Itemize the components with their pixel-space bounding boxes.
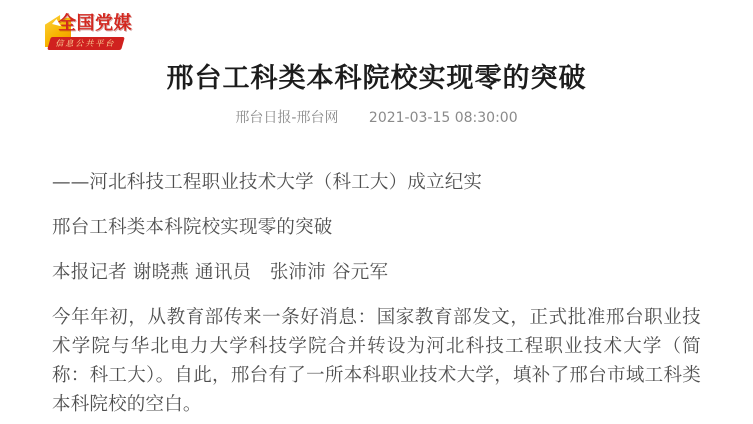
article-datetime: 2021-03-15 08:30:00 <box>369 110 518 126</box>
article-source: 邢台日报-邢台网 <box>235 110 338 126</box>
article-body: ——河北科技工程职业技术大学（科工大）成立纪实 邢台工科类本科院校实现零的突破 … <box>52 168 701 419</box>
paragraph-subtitle: ——河北科技工程职业技术大学（科工大）成立纪实 <box>52 168 701 197</box>
paragraph-reporters: 本报记者 谢晓燕 通讯员 张沛沛 谷元军 <box>52 258 701 287</box>
site-logo[interactable]: 全国党媒 信息公共平台 <box>45 11 129 53</box>
paragraph-lead: 今年年初，从教育部传来一条好消息：国家教育部发文，正式批准邢台职业技术学院与华北… <box>52 303 701 419</box>
logo-banner-text: 信息公共平台 <box>47 37 125 50</box>
logo-main-text: 全国党媒 <box>58 13 132 35</box>
article-byline: 邢台日报-邢台网 2021-03-15 08:30:00 <box>0 109 753 128</box>
article-page: 全国党媒 信息公共平台 邢台工科类本科院校实现零的突破 邢台日报-邢台网 202… <box>0 0 753 424</box>
article-title: 邢台工科类本科院校实现零的突破 <box>60 62 693 96</box>
paragraph-headline-repeat: 邢台工科类本科院校实现零的突破 <box>52 213 701 242</box>
